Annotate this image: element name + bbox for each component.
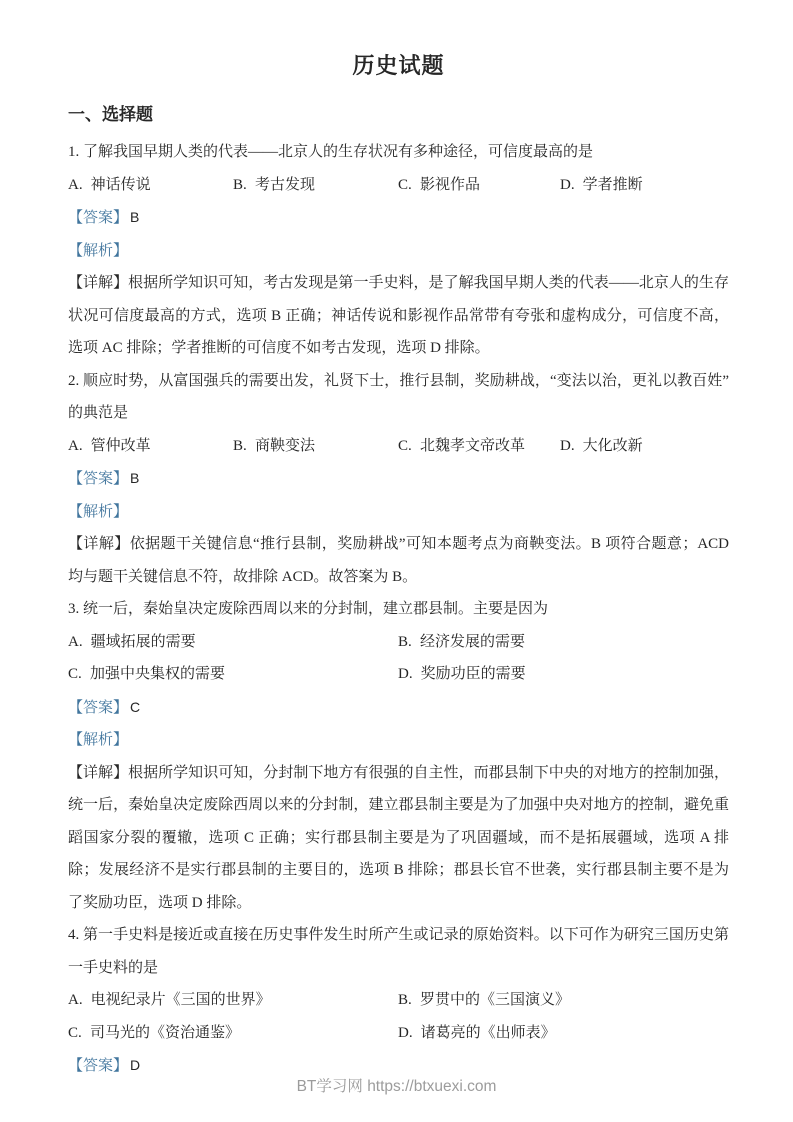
option-text: 疆域拓展的需要 bbox=[91, 634, 196, 650]
option-text: 司马光的《资治通鉴》 bbox=[90, 1025, 240, 1041]
answer-value: B bbox=[130, 209, 139, 225]
option-a: A.疆域拓展的需要 bbox=[68, 626, 398, 659]
answer-label: 【答案】 bbox=[68, 1058, 128, 1074]
question-block-3: 3. 统一后，秦始皇决定废除西周以来的分封制，建立郡县制。主要是因为 A.疆域拓… bbox=[68, 593, 729, 919]
option-text: 罗贯中的《三国演义》 bbox=[420, 992, 570, 1008]
option-key: A. bbox=[68, 430, 83, 463]
option-text: 影视作品 bbox=[420, 177, 480, 193]
option-text: 管仲改革 bbox=[91, 438, 151, 454]
option-text: 诸葛亮的《出师表》 bbox=[421, 1025, 556, 1041]
answer-value: C bbox=[130, 699, 140, 715]
option-text: 经济发展的需要 bbox=[420, 634, 525, 650]
option-d: D.诸葛亮的《出师表》 bbox=[398, 1017, 729, 1050]
question-stem: 1. 了解我国早期人类的代表——北京人的生存状况有多种途径，可信度最高的是 bbox=[68, 136, 729, 169]
option-key: C. bbox=[68, 1017, 82, 1050]
option-text: 加强中央集权的需要 bbox=[90, 666, 225, 682]
options-row: A.神话传说 B.考古发现 C.影视作品 D.学者推断 bbox=[68, 169, 729, 202]
footer-watermark: BT学习网 https://btxuexi.com bbox=[0, 1074, 793, 1096]
option-key: C. bbox=[398, 169, 412, 202]
question-block-1: 1. 了解我国早期人类的代表——北京人的生存状况有多种途径，可信度最高的是 A.… bbox=[68, 136, 729, 365]
answer-label: 【答案】 bbox=[68, 471, 128, 487]
exam-content: 历史试题 一、选择题 1. 了解我国早期人类的代表——北京人的生存状况有多种途径… bbox=[0, 0, 793, 1083]
analysis-line: 【解析】 bbox=[68, 235, 729, 268]
option-text: 奖励功臣的需要 bbox=[421, 666, 526, 682]
option-text: 考古发现 bbox=[255, 177, 315, 193]
answer-value: D bbox=[130, 1057, 140, 1073]
analysis-line: 【解析】 bbox=[68, 496, 729, 529]
section-heading: 一、选择题 bbox=[68, 98, 729, 132]
question-block-2: 2. 顺应时势，从富国强兵的需要出发，礼贤下士，推行县制，奖励耕战，“变法以治，… bbox=[68, 365, 729, 594]
explain-label: 【详解】 bbox=[68, 275, 128, 291]
option-key: A. bbox=[68, 169, 83, 202]
option-text: 学者推断 bbox=[583, 177, 643, 193]
option-text: 神话传说 bbox=[91, 177, 151, 193]
option-a: A.电视纪录片《三国的世界》 bbox=[68, 984, 398, 1017]
option-c: C.北魏孝文帝改革 bbox=[398, 430, 560, 463]
option-c: C.影视作品 bbox=[398, 169, 560, 202]
explanation-text: 根据所学知识可知，分封制下地方有很强的自主性，而郡县制下中央的对地方的控制加强，… bbox=[68, 765, 729, 911]
answer-line: 【答案】B bbox=[68, 462, 729, 496]
option-c: C.司马光的《资治通鉴》 bbox=[68, 1017, 398, 1050]
option-text: 商鞅变法 bbox=[255, 438, 315, 454]
explain-label: 【详解】 bbox=[68, 536, 130, 552]
option-key: B. bbox=[233, 169, 247, 202]
option-key: D. bbox=[560, 169, 575, 202]
explanation: 【详解】根据所学知识可知，考古发现是第一手史料，是了解我国早期人类的代表——北京… bbox=[68, 267, 729, 365]
option-b: B.罗贯中的《三国演义》 bbox=[398, 984, 729, 1017]
question-stem: 2. 顺应时势，从富国强兵的需要出发，礼贤下士，推行县制，奖励耕战，“变法以治，… bbox=[68, 365, 729, 430]
analysis-label: 【解析】 bbox=[68, 504, 128, 520]
analysis-label: 【解析】 bbox=[68, 243, 128, 259]
option-text: 北魏孝文帝改革 bbox=[420, 438, 525, 454]
answer-label: 【答案】 bbox=[68, 210, 128, 226]
option-d: D.奖励功臣的需要 bbox=[398, 658, 729, 691]
option-d: D.大化改新 bbox=[560, 430, 729, 463]
explanation-text: 依据题干关键信息“推行县制，奖励耕战”可知本题考点为商鞅变法。B 项符合题意；A… bbox=[68, 536, 729, 585]
answer-line: 【答案】B bbox=[68, 201, 729, 235]
option-a: A.管仲改革 bbox=[68, 430, 233, 463]
answer-value: B bbox=[130, 470, 139, 486]
option-b: B.经济发展的需要 bbox=[398, 626, 729, 659]
option-b: B.考古发现 bbox=[233, 169, 398, 202]
question-stem: 3. 统一后，秦始皇决定废除西周以来的分封制，建立郡县制。主要是因为 bbox=[68, 593, 729, 626]
option-text: 大化改新 bbox=[583, 438, 643, 454]
option-key: B. bbox=[398, 984, 412, 1017]
analysis-line: 【解析】 bbox=[68, 724, 729, 757]
option-key: D. bbox=[560, 430, 575, 463]
options-row: A.疆域拓展的需要 B.经济发展的需要 C.加强中央集权的需要 D.奖励功臣的需… bbox=[68, 626, 729, 691]
option-key: A. bbox=[68, 626, 83, 659]
options-row: A.管仲改革 B.商鞅变法 C.北魏孝文帝改革 D.大化改新 bbox=[68, 430, 729, 463]
answer-label: 【答案】 bbox=[68, 700, 128, 716]
question-block-4: 4. 第一手史料是接近或直接在历史事件发生时所产生或记录的原始资料。以下可作为研… bbox=[68, 919, 729, 1083]
explain-label: 【详解】 bbox=[68, 765, 128, 781]
option-key: C. bbox=[68, 658, 82, 691]
option-key: D. bbox=[398, 658, 413, 691]
question-stem: 4. 第一手史料是接近或直接在历史事件发生时所产生或记录的原始资料。以下可作为研… bbox=[68, 919, 729, 984]
options-row: A.电视纪录片《三国的世界》 B.罗贯中的《三国演义》 C.司马光的《资治通鉴》… bbox=[68, 984, 729, 1049]
explanation: 【详解】依据题干关键信息“推行县制，奖励耕战”可知本题考点为商鞅变法。B 项符合… bbox=[68, 528, 729, 593]
exam-page: 历史试题 一、选择题 1. 了解我国早期人类的代表——北京人的生存状况有多种途径… bbox=[0, 0, 793, 1122]
option-a: A.神话传说 bbox=[68, 169, 233, 202]
answer-line: 【答案】C bbox=[68, 691, 729, 725]
option-d: D.学者推断 bbox=[560, 169, 729, 202]
option-key: A. bbox=[68, 984, 83, 1017]
option-key: B. bbox=[233, 430, 247, 463]
option-b: B.商鞅变法 bbox=[233, 430, 398, 463]
analysis-label: 【解析】 bbox=[68, 732, 128, 748]
explanation: 【详解】根据所学知识可知，分封制下地方有很强的自主性，而郡县制下中央的对地方的控… bbox=[68, 757, 729, 920]
option-text: 电视纪录片《三国的世界》 bbox=[91, 992, 271, 1008]
option-key: D. bbox=[398, 1017, 413, 1050]
explanation-text: 根据所学知识可知，考古发现是第一手史料，是了解我国早期人类的代表——北京人的生存… bbox=[68, 275, 729, 356]
option-key: C. bbox=[398, 430, 412, 463]
document-title: 历史试题 bbox=[68, 50, 729, 82]
option-c: C.加强中央集权的需要 bbox=[68, 658, 398, 691]
option-key: B. bbox=[398, 626, 412, 659]
